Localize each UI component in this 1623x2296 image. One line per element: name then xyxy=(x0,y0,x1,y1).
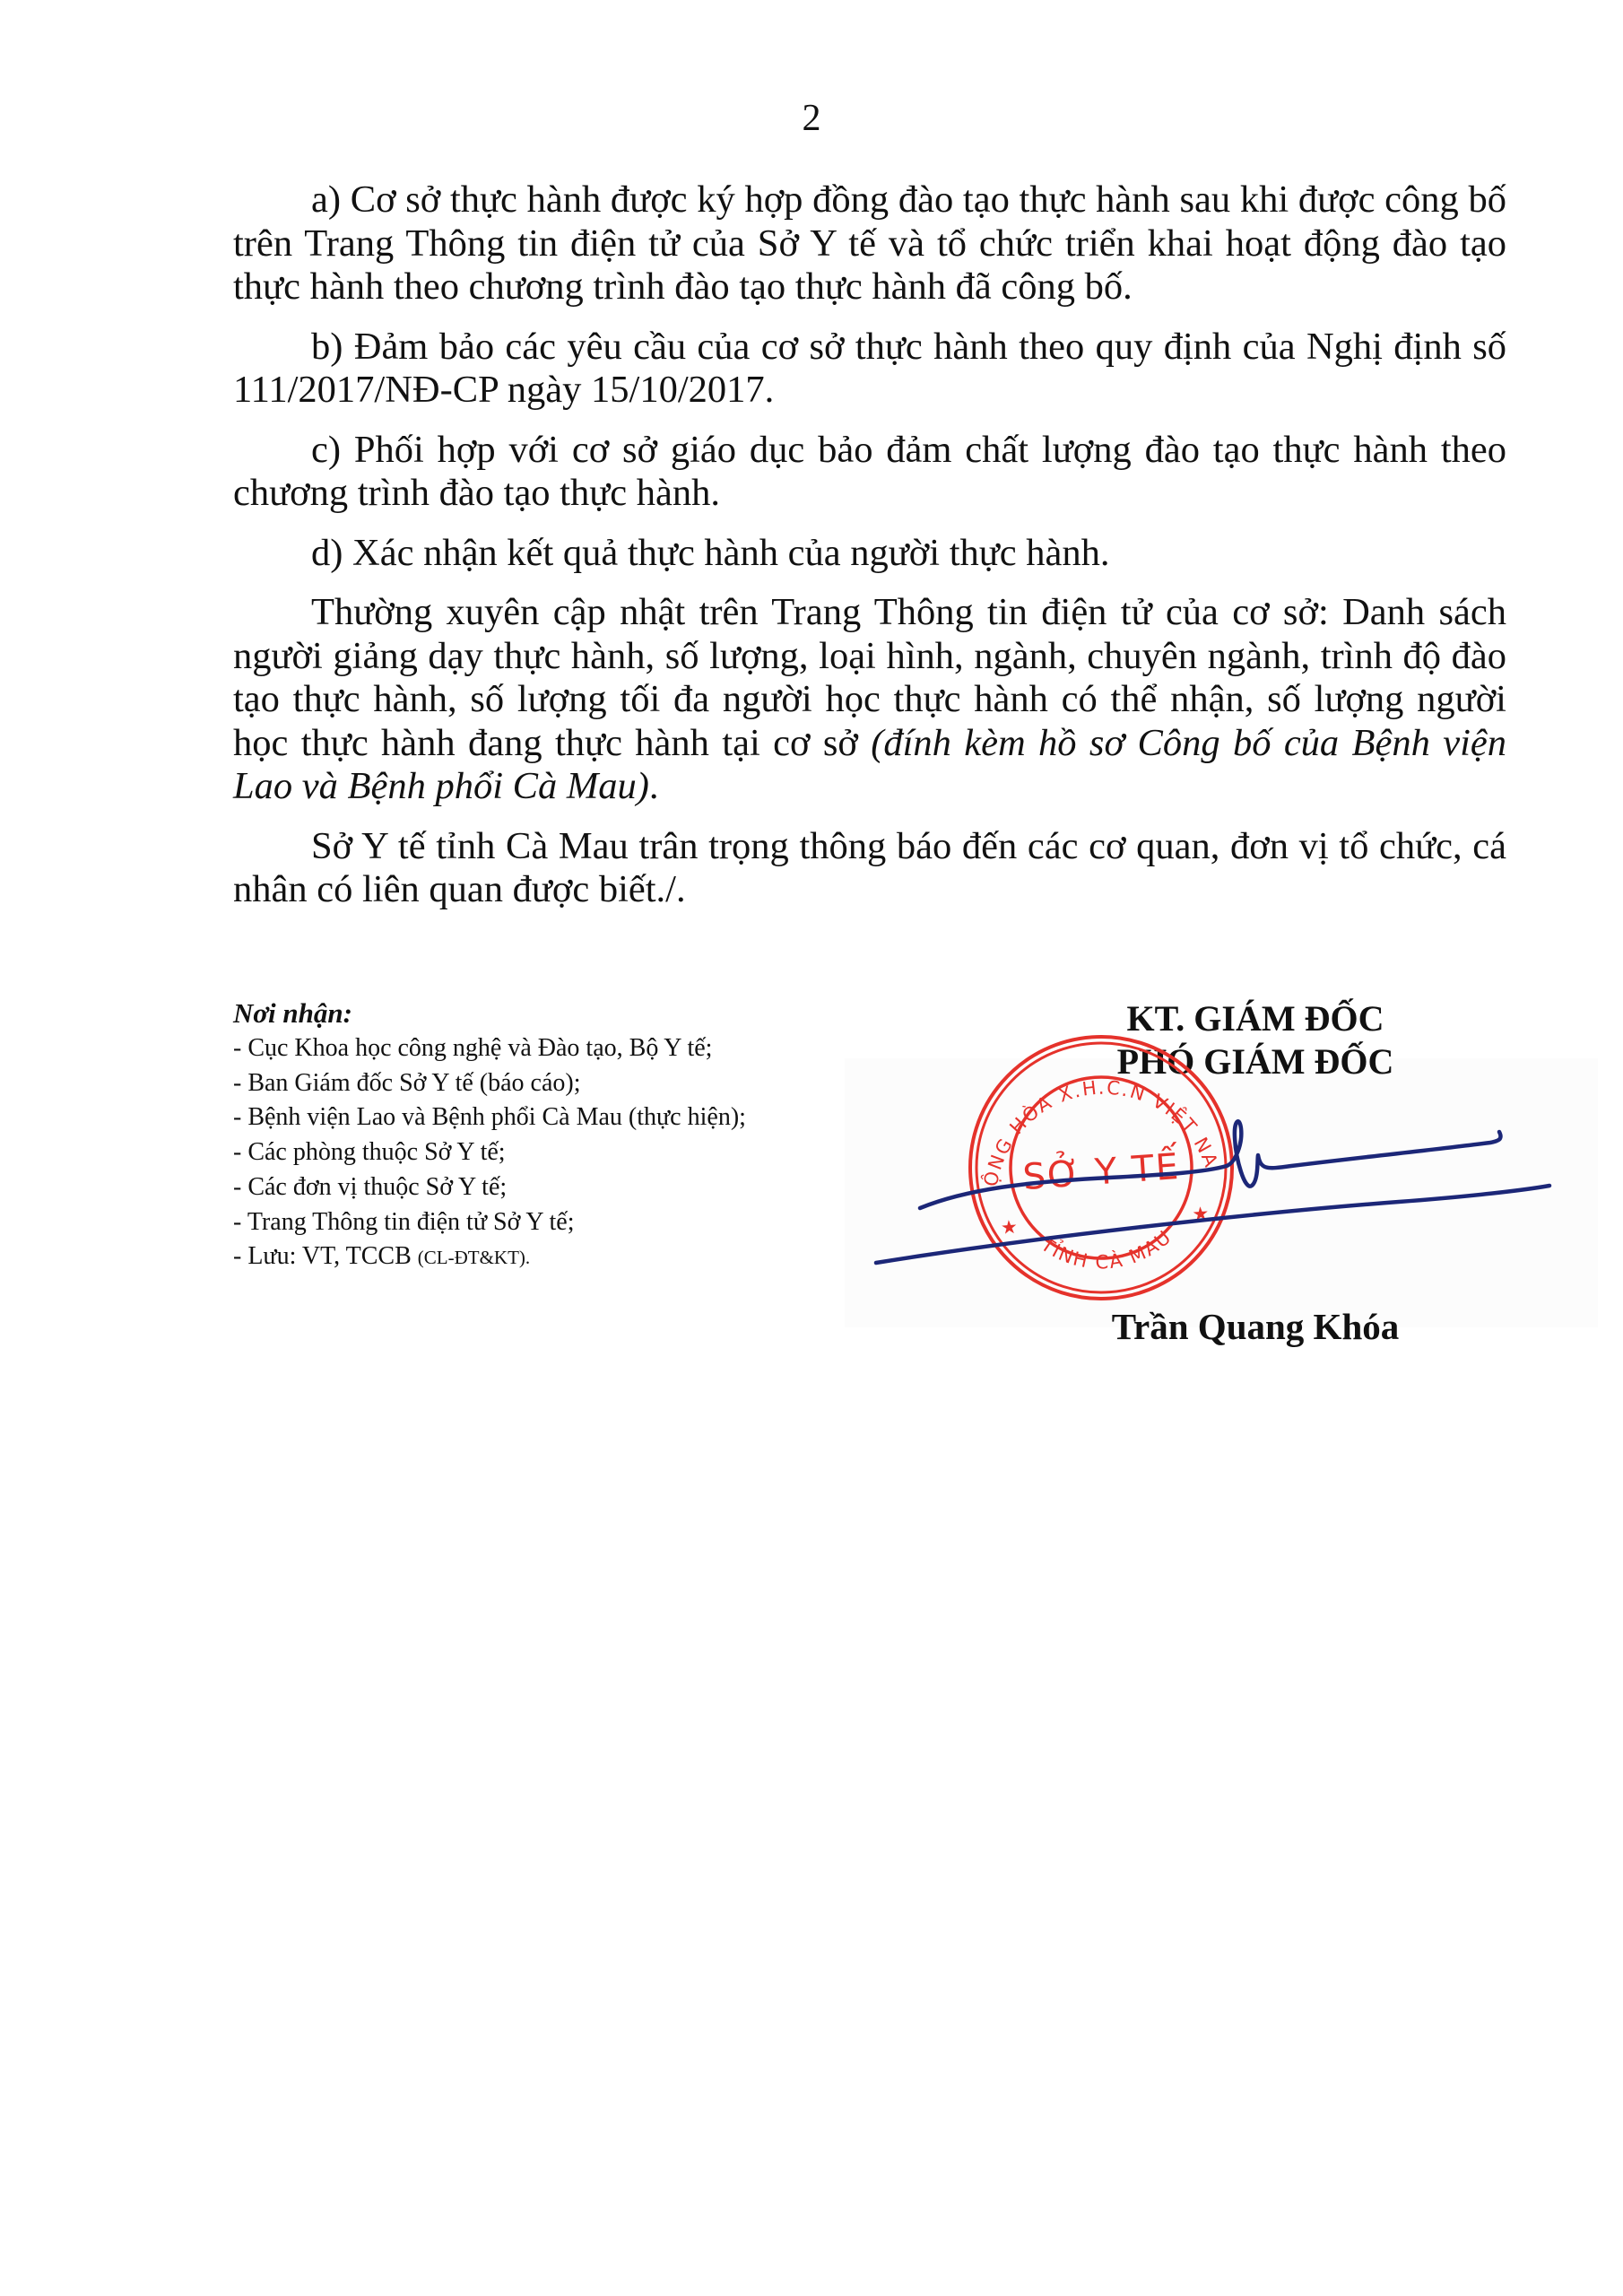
paragraph-d: d) Xác nhận kết quả thực hành của người … xyxy=(233,532,1506,576)
page-number: 2 xyxy=(0,97,1623,140)
paragraph-a: a) Cơ sở thực hành được ký hợp đồng đào … xyxy=(233,178,1506,309)
paragraph-closing: Sở Y tế tỉnh Cà Mau trân trọng thông báo… xyxy=(233,825,1506,912)
recipient-item: - Các đơn vị thuộc Sở Y tế; xyxy=(233,1170,746,1205)
scanned-signature-background xyxy=(845,1058,1598,1327)
signature-title: KT. GIÁM ĐỐC PHÓ GIÁM ĐỐC xyxy=(1031,997,1480,1083)
archive-code: (CL-ĐT&KT). xyxy=(418,1247,530,1268)
recipient-item: - Ban Giám đốc Sở Y tế (báo cáo); xyxy=(233,1066,746,1101)
signer-name: Trần Quang Khóa xyxy=(1031,1305,1480,1348)
recipients-block: Nơi nhận: - Cục Khoa học công nghệ và Đà… xyxy=(233,996,746,1275)
signature-title-line2: PHÓ GIÁM ĐỐC xyxy=(1031,1040,1480,1083)
document-body: a) Cơ sở thực hành được ký hợp đồng đào … xyxy=(233,178,1506,928)
paragraph-c: c) Phối hợp với cơ sở giáo dục bảo đảm c… xyxy=(233,429,1506,516)
signature-title-line1: KT. GIÁM ĐỐC xyxy=(1031,997,1480,1040)
recipient-item: - Bệnh viện Lao và Bệnh phổi Cà Mau (thự… xyxy=(233,1100,746,1135)
recipient-item: - Cục Khoa học công nghệ và Đào tạo, Bộ … xyxy=(233,1031,746,1066)
paragraph-b: b) Đảm bảo các yêu cầu của cơ sở thực hà… xyxy=(233,326,1506,413)
paragraph-update-info: Thường xuyên cập nhật trên Trang Thông t… xyxy=(233,591,1506,809)
recipient-item: - Trang Thông tin điện tử Sở Y tế; xyxy=(233,1205,746,1240)
recipients-title: Nơi nhận: xyxy=(233,996,746,1031)
recipient-item-archive: - Lưu: VT, TCCB (CL-ĐT&KT). xyxy=(233,1239,746,1275)
recipient-item: - Các phòng thuộc Sở Y tế; xyxy=(233,1135,746,1170)
archive-label: - Lưu: VT, TCCB xyxy=(233,1242,418,1270)
paragraph-update-period: . xyxy=(649,765,659,807)
